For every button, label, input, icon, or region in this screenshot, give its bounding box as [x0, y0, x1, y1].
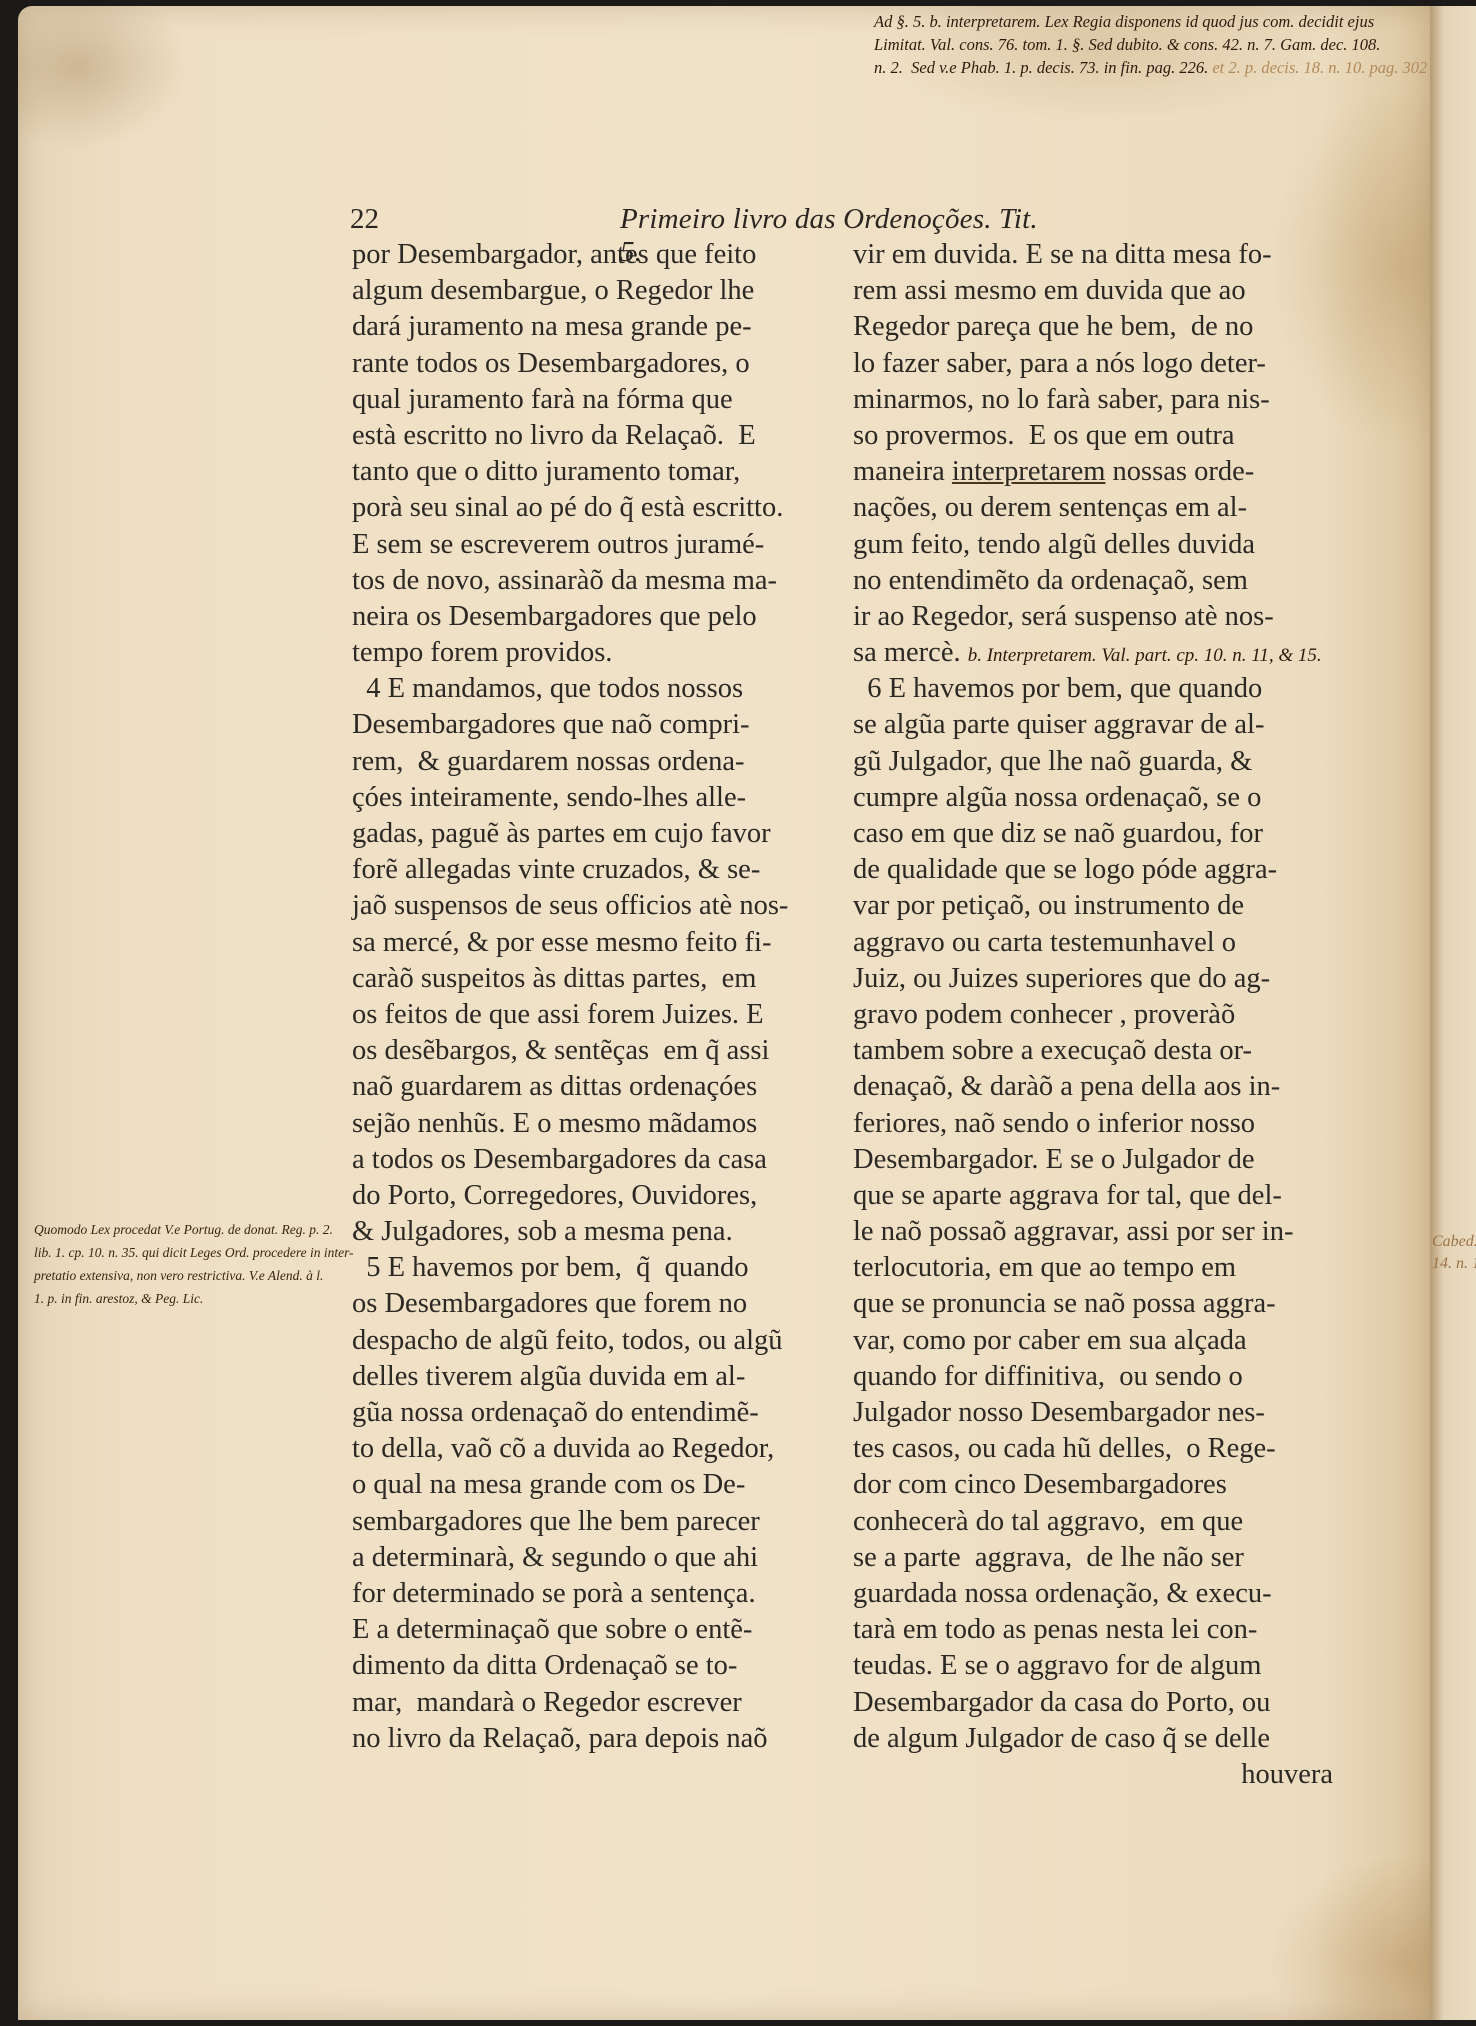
text-line: que se aparte aggrava for tal, que del- — [853, 1178, 1333, 1214]
text-line: tes casos, ou cada hũ delles, o Rege- — [853, 1431, 1333, 1467]
book-page: Ad §. 5. b. interpretarem. Lex Regia dis… — [18, 6, 1430, 2020]
page-number: 22 — [350, 203, 379, 236]
text-line: aggravo ou carta testemunhavel o — [853, 925, 1333, 961]
text-line: minarmos, no lo farà saber, para nis- — [853, 382, 1333, 418]
text-column-left: por Desembargador, antes que feitoalgum … — [352, 237, 832, 1757]
text-line: dimento da ditta Ordenaçaõ se to- — [352, 1648, 832, 1684]
text-line: forẽ allegadas vinte cruzados, & se- — [352, 852, 832, 888]
text-line: Desembargador da casa do Porto, ou — [853, 1685, 1333, 1721]
text-line: feriores, naõ sendo o inferior nosso — [853, 1106, 1333, 1142]
text-line: maneira interpretarem nossas orde- — [853, 454, 1333, 490]
text-line: neira os Desembargadores que pelo — [352, 599, 832, 635]
text-line: por Desembargador, antes que feito — [352, 237, 832, 273]
text-line: lo fazer saber, para a nós logo deter- — [853, 346, 1333, 382]
text-line: està escritto no livro da Relaçaõ. E — [352, 418, 832, 454]
text-line: rem assi mesmo em duvida que ao — [853, 273, 1333, 309]
text-line: conhecerà do tal aggravo, em que — [853, 1504, 1333, 1540]
text-line: se algũa parte quiser aggravar de al- — [853, 707, 1333, 743]
edge-note-line: Cabed. — [1432, 1233, 1476, 1250]
text-line: caso em que diz se naõ guardou, for — [853, 816, 1333, 852]
top-note-line: n. 2. Sed v.e Phab. 1. p. decis. 73. in … — [874, 58, 1208, 77]
text-line: sa mercè. b. Interpretarem. Val. part. c… — [853, 635, 1333, 671]
text-column-right: vir em duvida. E se na ditta mesa fo-rem… — [853, 237, 1333, 1793]
text-line: rante todos os Desembargadores, o — [352, 346, 832, 382]
text-line: dor com cinco Desembargadores — [853, 1467, 1333, 1503]
text-line: tos de novo, assinaràõ da mesma ma- — [352, 563, 832, 599]
text-line: no livro da Relaçaõ, para depois naõ — [352, 1721, 832, 1757]
text-line: qual juramento farà na fórma que — [352, 382, 832, 418]
text-line: de qualidade que se logo póde aggra- — [853, 852, 1333, 888]
text-line: gũ Julgador, que lhe naõ guarda, & — [853, 744, 1333, 780]
text-line: E a determinaçaõ que sobre o entẽ- — [352, 1612, 832, 1648]
margin-note-line: lib. 1. cp. 10. n. 35. qui dicit Leges O… — [34, 1245, 354, 1260]
text-line: a todos os Desembargadores da casa — [352, 1142, 832, 1178]
text-line: tarà em todo as penas nesta lei con- — [853, 1612, 1333, 1648]
text-line: teudas. E se o aggravo for de algum — [853, 1648, 1333, 1684]
underlined-word: interpretarem — [952, 456, 1106, 487]
text-line: caràõ suspeitos às dittas partes, em — [352, 961, 832, 997]
left-margin-annotation: Quomodo Lex procedat V.e Portug. de dona… — [34, 1218, 374, 1310]
text-line: E sem se escreverem outros juramé- — [352, 527, 832, 563]
text-line: tanto que o ditto juramento tomar, — [352, 454, 832, 490]
text-line: vir em duvida. E se na ditta mesa fo- — [853, 237, 1333, 273]
text-line: terlocutoria, em que ao tempo em — [853, 1250, 1333, 1286]
text-line: o qual na mesa grande com os De- — [352, 1467, 832, 1503]
text-line: tambem sobre a execuçaõ desta or- — [853, 1033, 1333, 1069]
margin-note-line: Quomodo Lex procedat V.e Portug. de dona… — [34, 1222, 333, 1237]
text-line: sembargadores que lhe bem parecer — [352, 1504, 832, 1540]
text-line: so provermos. E os que em outra — [853, 418, 1333, 454]
text-line: porà seu sinal ao pé do q̃ està escritto… — [352, 490, 832, 526]
text-line: jaõ suspensos de seus officios atè nos- — [352, 888, 832, 924]
text-line: Desembargador. E se o Julgador de — [853, 1142, 1333, 1178]
text-line: var, como por caber em sua alçada — [853, 1323, 1333, 1359]
text-line: 6 E havemos por bem, que quando — [853, 671, 1333, 707]
text-line: Julgador nosso Desembargador nes- — [853, 1395, 1333, 1431]
text-line: no entendimẽto da ordenaçaõ, sem — [853, 563, 1333, 599]
text-line: guardada nossa ordenação, & execu- — [853, 1576, 1333, 1612]
adjacent-page-edge: Cabed. 14. n. 1 — [1430, 6, 1476, 2020]
text-line: 5 E havemos por bem, q̃ quando — [352, 1250, 832, 1286]
edge-note-line: 14. n. 1 — [1432, 1255, 1476, 1272]
top-note-faded-text: et 2. p. decis. 18. n. 10. pag. 302 — [1212, 58, 1427, 77]
catchword: houvera — [853, 1757, 1333, 1793]
text-line: to della, vaõ cõ a duvida ao Regedor, — [352, 1431, 832, 1467]
text-line: de algum Julgador de caso q̃ se delle — [853, 1721, 1333, 1757]
text-line: çóes inteiramente, sendo-lhes alle- — [352, 780, 832, 816]
text-line: delles tiverem algũa duvida em al- — [352, 1359, 832, 1395]
text-line: algum desembargue, o Regedor lhe — [352, 273, 832, 309]
text-line: nações, ou derem sentenças em al- — [853, 490, 1333, 526]
text-line: despacho de algũ feito, todos, ou algũ — [352, 1323, 832, 1359]
text-line: cumpre algũa nossa ordenaçaõ, se o — [853, 780, 1333, 816]
margin-note-line: 1. p. in fin. arestoz, & Peg. Lic. — [34, 1291, 203, 1306]
text-line: naõ guardarem as dittas ordenaçóes — [352, 1069, 832, 1105]
text-line: a determinarà, & segundo o que ahi — [352, 1540, 832, 1576]
edge-annotation: Cabed. 14. n. 1 — [1432, 1231, 1476, 1275]
top-manuscript-annotation: Ad §. 5. b. interpretarem. Lex Regia dis… — [874, 10, 1474, 79]
text-line: tempo forem providos. — [352, 635, 832, 671]
text-line: sa mercé, & por esse mesmo feito fi- — [352, 925, 832, 961]
text-line: gadas, paguẽ às partes em cujo favor — [352, 816, 832, 852]
text-line: var por petiçaõ, ou instrumento de — [853, 888, 1333, 924]
text-line: Juiz, ou Juizes superiores que do ag- — [853, 961, 1333, 997]
inline-manuscript-note: b. Interpretarem. Val. part. cp. 10. n. … — [968, 645, 1322, 666]
text-line: sejão nenhũs. E o mesmo mãdamos — [352, 1106, 832, 1142]
text-line: Regedor pareça que he bem, de no — [853, 309, 1333, 345]
text-line: Desembargadores que naõ compri- — [352, 707, 832, 743]
top-note-line: Limitat. Val. cons. 76. tom. 1. §. Sed d… — [874, 35, 1380, 54]
text-line: le naõ possaõ aggravar, assi por ser in- — [853, 1214, 1333, 1250]
text-line: mar, mandarà o Regedor escrever — [352, 1685, 832, 1721]
text-line: quando for diffinitiva, ou sendo o — [853, 1359, 1333, 1395]
running-header: 22 Primeiro livro das Ordenoções. Tit. 5… — [350, 203, 1060, 237]
text-line: denaçaõ, & daràõ a pena della aos in- — [853, 1069, 1333, 1105]
text-line: se a parte aggrava, de lhe não ser — [853, 1540, 1333, 1576]
text-line: gum feito, tendo algũ delles duvida — [853, 527, 1333, 563]
text-line: gũa nossa ordenaçaõ do entendimẽ- — [352, 1395, 832, 1431]
margin-note-line: pretatio extensiva, non vero restrictiva… — [34, 1268, 323, 1283]
text-line: dará juramento na mesa grande pe- — [352, 309, 832, 345]
text-line: 4 E mandamos, que todos nossos — [352, 671, 832, 707]
text-line: rem, & guardarem nossas ordena- — [352, 744, 832, 780]
text-line: os feitos de que assi forem Juizes. E — [352, 997, 832, 1033]
text-line: ir ao Regedor, será suspenso atè nos- — [853, 599, 1333, 635]
text-line: os desẽbargos, & sentẽças em q̃ assi — [352, 1033, 832, 1069]
top-note-line: Ad §. 5. b. interpretarem. Lex Regia dis… — [874, 12, 1374, 31]
text-line: & Julgadores, sob a mesma pena. — [352, 1214, 832, 1250]
text-line: do Porto, Corregedores, Ouvidores, — [352, 1178, 832, 1214]
text-line: os Desembargadores que forem no — [352, 1286, 832, 1322]
text-line: que se pronuncia se naõ possa aggra- — [853, 1286, 1333, 1322]
text-line: gravo podem conhecer , proveràõ — [853, 997, 1333, 1033]
text-line: for determinado se porà a sentença. — [352, 1576, 832, 1612]
